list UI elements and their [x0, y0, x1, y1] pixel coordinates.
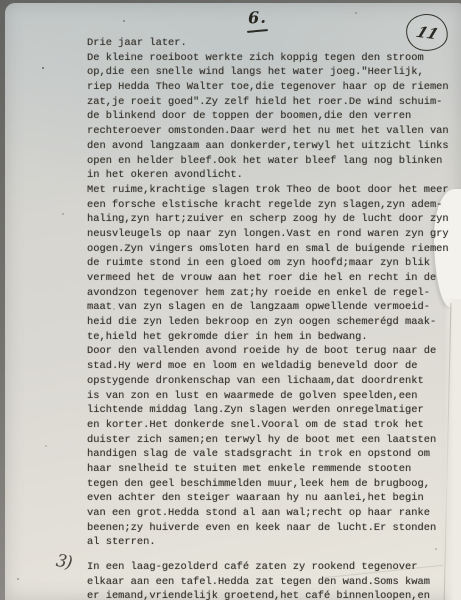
margin-mark-handwritten: 3) — [55, 551, 73, 573]
text-line: haar snelheid te stuiten met enkele remm… — [87, 462, 459, 477]
text-line: neusvleugels op naar zyn longen.Vast en … — [87, 227, 459, 242]
text-line: en korter.Het donkerde snel.Vooral om de… — [87, 418, 459, 433]
text-line: heid die zyn leden bekroop en zyn oogen … — [87, 315, 459, 330]
text-line: oogen.Zyn vingers omsloten hard en smal … — [87, 242, 459, 257]
paper-specks — [5, 3, 7, 5]
paragraph: In een laag-gezolderd café zaten zy rook… — [87, 560, 459, 600]
text-line: In een laag-gezolderd café zaten zy rook… — [87, 560, 459, 575]
text-line: stad.Hy werd moe en loom en weldadig ben… — [87, 359, 459, 374]
text-line: zat,je roeit goed".Zy zelf hield het roe… — [87, 95, 459, 110]
paragraph: Met ruime,krachtige slagen trok Theo de … — [87, 183, 459, 345]
text-line: even achter den steiger waaraan hy nu aa… — [87, 491, 459, 506]
text-line: maat van zyn slagen en de langzaam opwel… — [87, 300, 459, 315]
text-line: de blinkend door de toppen der boomen,di… — [87, 109, 459, 124]
text-block: Drie jaar later.De kleine roeiboot werkt… — [87, 36, 459, 600]
text-line: in het okeren avondlicht. — [87, 168, 459, 183]
text-line: haling,zyn hart;zuiver en scherp zoog hy… — [87, 212, 459, 227]
text-line: opstygende dronkenschap van een lichaam,… — [87, 374, 459, 389]
chapter-number-handwritten: 6. — [248, 8, 267, 28]
scanned-page: { "annotations": { "chapter_number": "6.… — [0, 0, 461, 600]
paragraph: Drie jaar later.De kleine roeiboot werkt… — [87, 36, 459, 183]
text-line: van een grot.Hedda stond al aan wal;rech… — [87, 506, 459, 521]
text-line: lichtende middag lang.Zyn slagen werden … — [87, 403, 459, 418]
text-line: er iemand,vriendelijk groetend,het café … — [87, 589, 459, 600]
text-line: al sterren. — [87, 535, 459, 550]
text-line: is van zon en lust en waarmede de golven… — [87, 389, 459, 404]
text-line: Met ruime,krachtige slagen trok Theo de … — [87, 183, 459, 198]
text-line: De kleine roeiboot werkte zich koppig te… — [87, 51, 459, 66]
text-line: tegen den geel beschimmelden muur,leek h… — [87, 477, 459, 492]
text-line: een forsche elstische kracht regelde zyn… — [87, 198, 459, 213]
text-line: den avond langzaam aan donkerder,terwyl … — [87, 139, 459, 154]
text-line: vermeed het de vrouw aan het roer die he… — [87, 271, 459, 286]
text-line: rechteroever omstonden.Daar werd het nu … — [87, 124, 459, 139]
text-line: handigen slag de vale stadsgracht in tro… — [87, 447, 459, 462]
text-line: elkaar aan een tafel.Hedda zat tegen den… — [87, 575, 459, 590]
text-line: avondzon tegenover hem zat;hy roeide en … — [87, 286, 459, 301]
text-line: te,hield het gekromde dier in hem in bed… — [87, 330, 459, 345]
text-line: op,die een snelle wind langs het water j… — [87, 65, 459, 80]
text-line: de ruimte stond in een gloed om zyn hoof… — [87, 256, 459, 271]
text-line: Door den vallenden avond roeide hy de bo… — [87, 344, 459, 359]
text-line: riep Hedda Theo Walter toe,die tegenover… — [87, 80, 459, 95]
paper-sheet: 6. 11 3) Drie jaar later.De kleine roeib… — [5, 3, 461, 600]
text-line: open en helder bleef.Ook het water bleef… — [87, 154, 459, 169]
paragraph: Door den vallenden avond roeide hy de bo… — [87, 344, 459, 550]
text-line: Drie jaar later. — [87, 36, 459, 51]
text-line: beenen;zy huiverde even en keek naar de … — [87, 521, 459, 536]
text-line: duister zich samen;en terwyl hy de boot … — [87, 433, 459, 448]
chapter-number-underline — [247, 29, 268, 33]
